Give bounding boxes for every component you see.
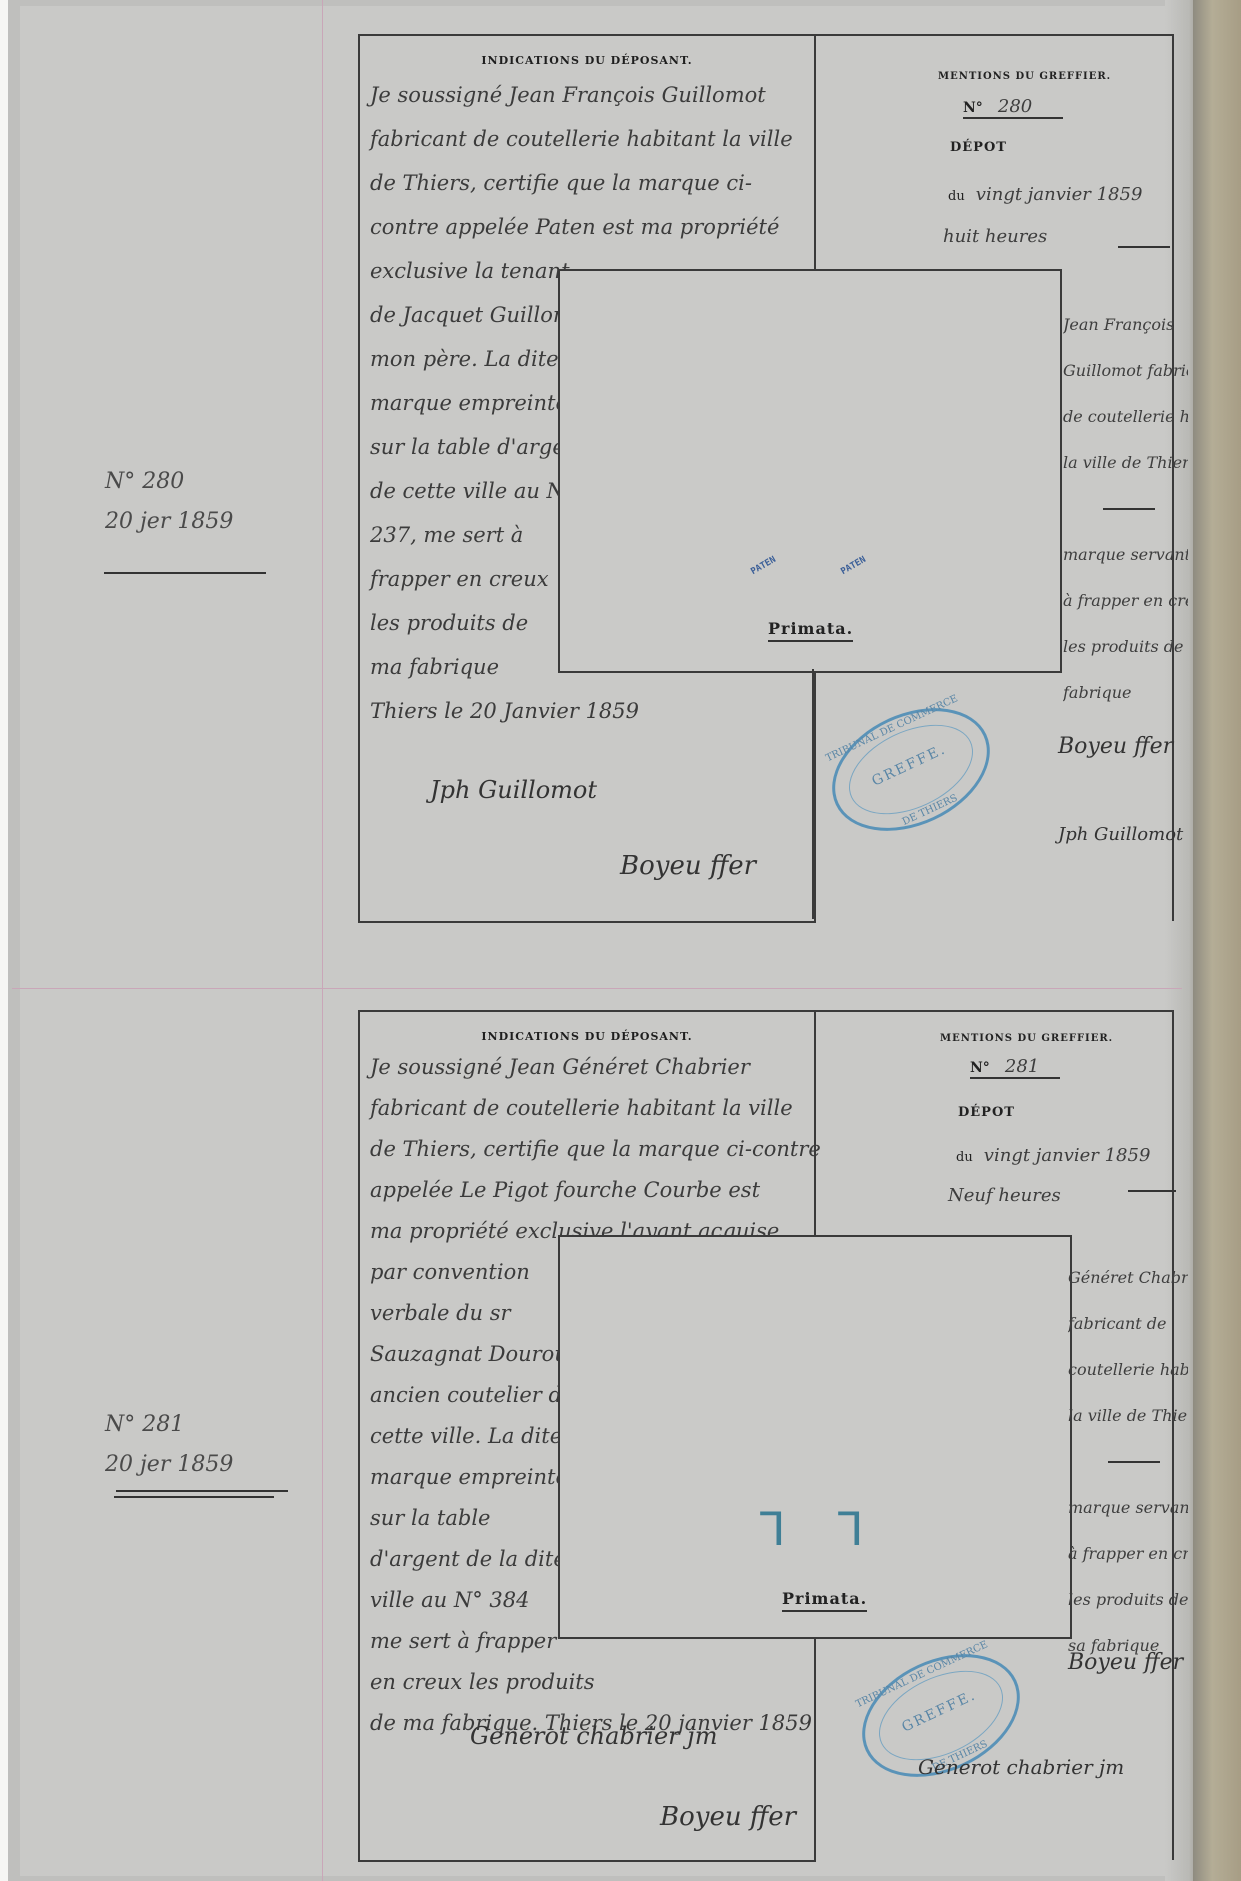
text-line: en creux les produits bbox=[370, 1662, 814, 1703]
margin-underline bbox=[104, 572, 266, 574]
deposit-time: Neuf heures bbox=[948, 1185, 1061, 1206]
time-rule bbox=[1118, 246, 1170, 248]
margin-date: 20 jer 1859 bbox=[105, 1445, 233, 1485]
fork-mark-icon: ⅂ bbox=[838, 1502, 864, 1556]
text-line: Je soussigné Jean François Guillomot bbox=[370, 73, 814, 117]
deposant-signature: Generot chabrier jm bbox=[470, 1722, 717, 1750]
deposit-date: du vingt janvier 1859 bbox=[948, 184, 1142, 205]
depot-label: DÉPOT bbox=[958, 1105, 1015, 1120]
clerk-signature: Boyeu ffer bbox=[660, 1802, 796, 1832]
text-line: de Thiers, certifie que la marque ci-con… bbox=[370, 1129, 814, 1170]
entry-280: INDICATIONS DU DÉPOSANT. Je soussigné Je… bbox=[358, 34, 1188, 924]
deposit-number: N° 280 bbox=[963, 96, 1063, 119]
primata-caption: Primata. bbox=[768, 619, 853, 642]
text-line: de Thiers, certifie que la marque ci- bbox=[370, 161, 814, 205]
entry-281: INDICATIONS DU DÉPOSANT. Je soussigné Je… bbox=[358, 1010, 1188, 1860]
depot-label: DÉPOT bbox=[950, 140, 1007, 155]
depositor-countersignature: Jph Guillomot bbox=[1058, 824, 1183, 845]
time-rule bbox=[1128, 1190, 1176, 1192]
text-line: fabricant de coutellerie habitant la vil… bbox=[370, 117, 814, 161]
greffier-side-notes: Jean François Guillomot fabricant de cou… bbox=[1063, 302, 1188, 716]
greffier-signature: Boyeu ffer bbox=[1068, 1650, 1183, 1675]
greffier-signature: Boyeu ffer bbox=[1058, 734, 1173, 759]
text-line: contre appelée Paten est ma propriété bbox=[370, 205, 814, 249]
deposant-signature: Jph Guillomot bbox=[430, 776, 597, 804]
greffier-side-notes: Généret Chabrier fabricant de coutelleri… bbox=[1068, 1255, 1188, 1669]
depositor-countersignature: Generot chabrier jm bbox=[918, 1755, 1124, 1779]
book-edge bbox=[1193, 0, 1241, 1881]
margin-note-281: N° 281 20 jer 1859 bbox=[105, 1405, 233, 1485]
deposit-number: N° 281 bbox=[970, 1056, 1060, 1079]
text-line: Thiers le 20 Janvier 1859 bbox=[370, 689, 814, 733]
clerk-signature: Boyeu ffer bbox=[620, 851, 756, 881]
margin-underline bbox=[116, 1490, 288, 1492]
text-line: Je soussigné Jean Généret Chabrier bbox=[370, 1047, 814, 1088]
deposant-header: INDICATIONS DU DÉPOSANT. bbox=[360, 1030, 814, 1043]
paten-mark: PATEN bbox=[839, 555, 867, 577]
deposant-header: INDICATIONS DU DÉPOSANT. bbox=[360, 54, 814, 67]
paten-mark: PATEN bbox=[749, 555, 777, 577]
text-line: fabricant de coutellerie habitant la vil… bbox=[370, 1088, 814, 1129]
trademark-impression-box: ⅂ ⅂ Primata. bbox=[558, 1235, 1072, 1639]
greffier-header: MENTIONS DU GREFFIER. bbox=[938, 64, 1111, 83]
margin-number: N° 281 bbox=[105, 1405, 233, 1445]
deposit-date: du vingt janvier 1859 bbox=[956, 1145, 1150, 1166]
text-line: appelée Le Pigot fourche Courbe est bbox=[370, 1170, 814, 1211]
entry-separator-rule bbox=[12, 988, 1182, 989]
margin-date: 20 jer 1859 bbox=[105, 502, 233, 542]
trademark-impression-box: PATEN PATEN Primata. bbox=[558, 269, 1062, 673]
deposit-time: huit heures bbox=[943, 226, 1047, 247]
margin-number: N° 280 bbox=[105, 462, 233, 502]
greffier-header: MENTIONS DU GREFFIER. bbox=[940, 1026, 1113, 1045]
margin-rule bbox=[322, 0, 323, 1881]
margin-note-280: N° 280 20 jer 1859 bbox=[105, 462, 233, 542]
primata-caption: Primata. bbox=[782, 1589, 867, 1612]
fork-mark-icon: ⅂ bbox=[760, 1502, 786, 1556]
margin-underline bbox=[114, 1496, 274, 1498]
section-divider bbox=[812, 669, 814, 919]
